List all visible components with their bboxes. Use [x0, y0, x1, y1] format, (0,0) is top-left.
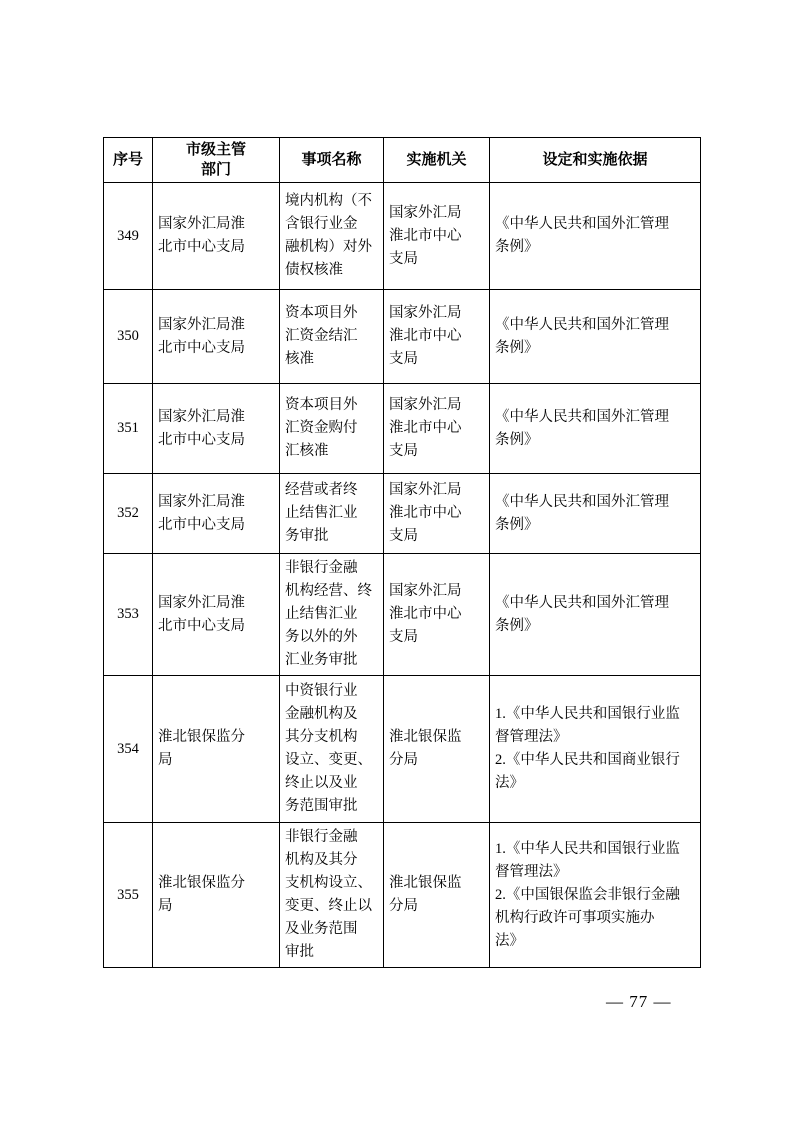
cell-item-name: 经营或者终 止结售汇业 务审批 — [280, 474, 384, 554]
cell-department: 国家外汇局淮 北市中心支局 — [153, 474, 280, 554]
table-header-row: 序号 市级主管 部门 事项名称 实施机关 设定和实施依据 — [104, 138, 701, 183]
cell-department: 淮北银保监分 局 — [153, 676, 280, 823]
cell-item-name: 非银行金融 机构及其分 支机构设立、 变更、终止以 及业务范围 审批 — [280, 823, 384, 968]
licensing-items-table: 序号 市级主管 部门 事项名称 实施机关 设定和实施依据 349 国家外汇局淮 … — [103, 137, 701, 968]
cell-basis: 《中华人民共和国外汇管理 条例》 — [490, 290, 701, 384]
cell-agency: 淮北银保监 分局 — [384, 823, 490, 968]
cell-serial-number: 350 — [104, 290, 153, 384]
page-number: — 77 — — [606, 992, 672, 1012]
cell-serial-number: 355 — [104, 823, 153, 968]
cell-department: 淮北银保监分 局 — [153, 823, 280, 968]
cell-serial-number: 353 — [104, 554, 153, 676]
table-row: 355 淮北银保监分 局 非银行金融 机构及其分 支机构设立、 变更、终止以 及… — [104, 823, 701, 968]
cell-agency: 国家外汇局 淮北市中心 支局 — [384, 384, 490, 474]
cell-basis: 《中华人民共和国外汇管理 条例》 — [490, 554, 701, 676]
cell-basis: 1.《中华人民共和国银行业监 督管理法》 2.《中国银保监会非银行金融 机构行政… — [490, 823, 701, 968]
cell-department: 国家外汇局淮 北市中心支局 — [153, 183, 280, 290]
table-row: 351 国家外汇局淮 北市中心支局 资本项目外 汇资金购付 汇核准 国家外汇局 … — [104, 384, 701, 474]
cell-basis: 1.《中华人民共和国银行业监 督管理法》 2.《中华人民共和国商业银行 法》 — [490, 676, 701, 823]
cell-agency: 国家外汇局 淮北市中心 支局 — [384, 474, 490, 554]
table-row: 352 国家外汇局淮 北市中心支局 经营或者终 止结售汇业 务审批 国家外汇局 … — [104, 474, 701, 554]
table-row: 350 国家外汇局淮 北市中心支局 资本项目外 汇资金结汇 核准 国家外汇局 淮… — [104, 290, 701, 384]
cell-item-name: 资本项目外 汇资金结汇 核准 — [280, 290, 384, 384]
header-item-name: 事项名称 — [280, 138, 384, 183]
cell-serial-number: 352 — [104, 474, 153, 554]
cell-department: 国家外汇局淮 北市中心支局 — [153, 290, 280, 384]
cell-basis: 《中华人民共和国外汇管理 条例》 — [490, 183, 701, 290]
header-department: 市级主管 部门 — [153, 138, 280, 183]
header-serial-number: 序号 — [104, 138, 153, 183]
table-row: 353 国家外汇局淮 北市中心支局 非银行金融 机构经营、终 止结售汇业 务以外… — [104, 554, 701, 676]
cell-agency: 国家外汇局 淮北市中心 支局 — [384, 290, 490, 384]
table-row: 354 淮北银保监分 局 中资银行业 金融机构及 其分支机构 设立、变更、 终止… — [104, 676, 701, 823]
cell-item-name: 非银行金融 机构经营、终 止结售汇业 务以外的外 汇业务审批 — [280, 554, 384, 676]
cell-serial-number: 351 — [104, 384, 153, 474]
cell-agency: 淮北银保监 分局 — [384, 676, 490, 823]
cell-agency: 国家外汇局 淮北市中心 支局 — [384, 554, 490, 676]
cell-department: 国家外汇局淮 北市中心支局 — [153, 384, 280, 474]
cell-item-name: 境内机构（不 含银行业金 融机构）对外 债权核准 — [280, 183, 384, 290]
cell-department: 国家外汇局淮 北市中心支局 — [153, 554, 280, 676]
cell-basis: 《中华人民共和国外汇管理 条例》 — [490, 384, 701, 474]
header-agency: 实施机关 — [384, 138, 490, 183]
cell-serial-number: 354 — [104, 676, 153, 823]
cell-basis: 《中华人民共和国外汇管理 条例》 — [490, 474, 701, 554]
cell-agency: 国家外汇局 淮北市中心 支局 — [384, 183, 490, 290]
table-row: 349 国家外汇局淮 北市中心支局 境内机构（不 含银行业金 融机构）对外 债权… — [104, 183, 701, 290]
cell-item-name: 资本项目外 汇资金购付 汇核准 — [280, 384, 384, 474]
header-basis: 设定和实施依据 — [490, 138, 701, 183]
cell-item-name: 中资银行业 金融机构及 其分支机构 设立、变更、 终止以及业 务范围审批 — [280, 676, 384, 823]
cell-serial-number: 349 — [104, 183, 153, 290]
